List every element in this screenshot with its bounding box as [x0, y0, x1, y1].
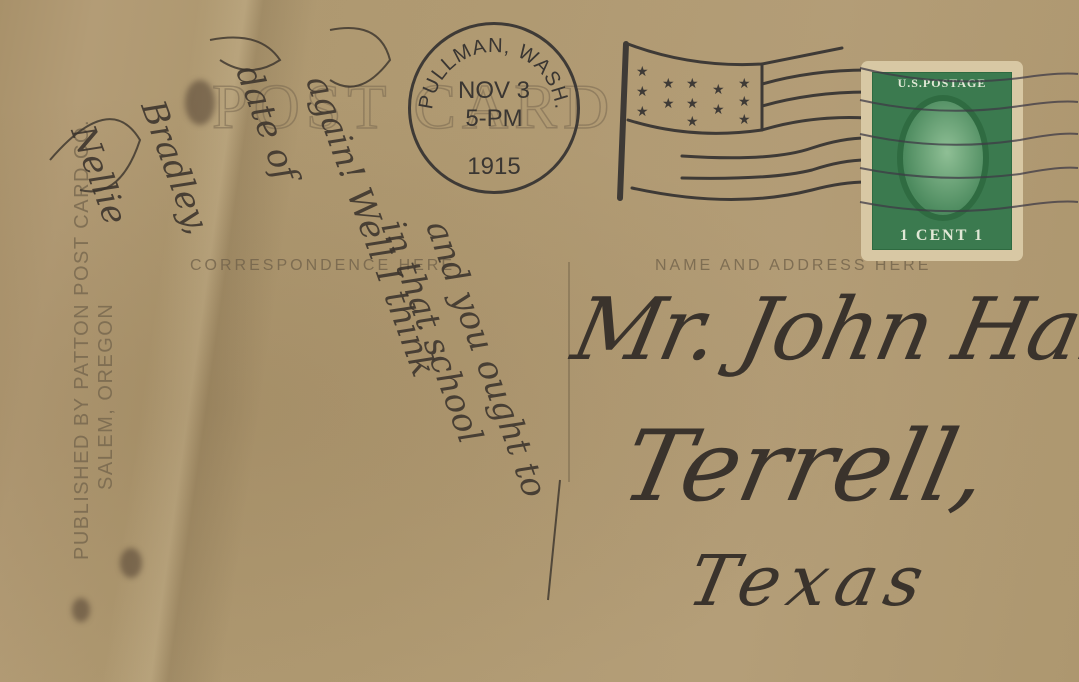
- postmark-time: 5-PM: [411, 105, 577, 133]
- svg-text:★: ★: [662, 96, 675, 112]
- ink-stain: [120, 548, 142, 578]
- ink-stain: [185, 80, 215, 125]
- svg-text:★: ★: [686, 76, 699, 92]
- svg-text:★: ★: [738, 112, 751, 128]
- cancel-wavy-lines: [820, 60, 1079, 250]
- postmark-date: NOV 3: [411, 77, 577, 105]
- svg-text:★: ★: [712, 82, 725, 98]
- svg-text:★: ★: [712, 102, 725, 118]
- addressee-name: Mr. John Hammond: [564, 280, 1079, 380]
- svg-text:★: ★: [738, 76, 751, 92]
- address-city: Terrell,: [613, 410, 999, 524]
- postmark: PULLMAN, WASH. NOV 3 5-PM 1915: [408, 22, 580, 194]
- svg-text:★: ★: [662, 76, 675, 92]
- svg-text:★: ★: [636, 64, 649, 80]
- svg-text:★: ★: [686, 96, 699, 112]
- ink-stain: [72, 598, 90, 622]
- address-label: NAME AND ADDRESS HERE: [655, 257, 931, 275]
- svg-text:★: ★: [636, 104, 649, 120]
- postcard-back: POST CARD CORRESPONDENCE HERE NAME AND A…: [0, 0, 1079, 682]
- address-state: Texas: [681, 540, 938, 622]
- svg-text:★: ★: [636, 84, 649, 100]
- postmark-year: 1915: [411, 153, 577, 181]
- svg-text:★: ★: [686, 114, 699, 130]
- svg-text:★: ★: [738, 94, 751, 110]
